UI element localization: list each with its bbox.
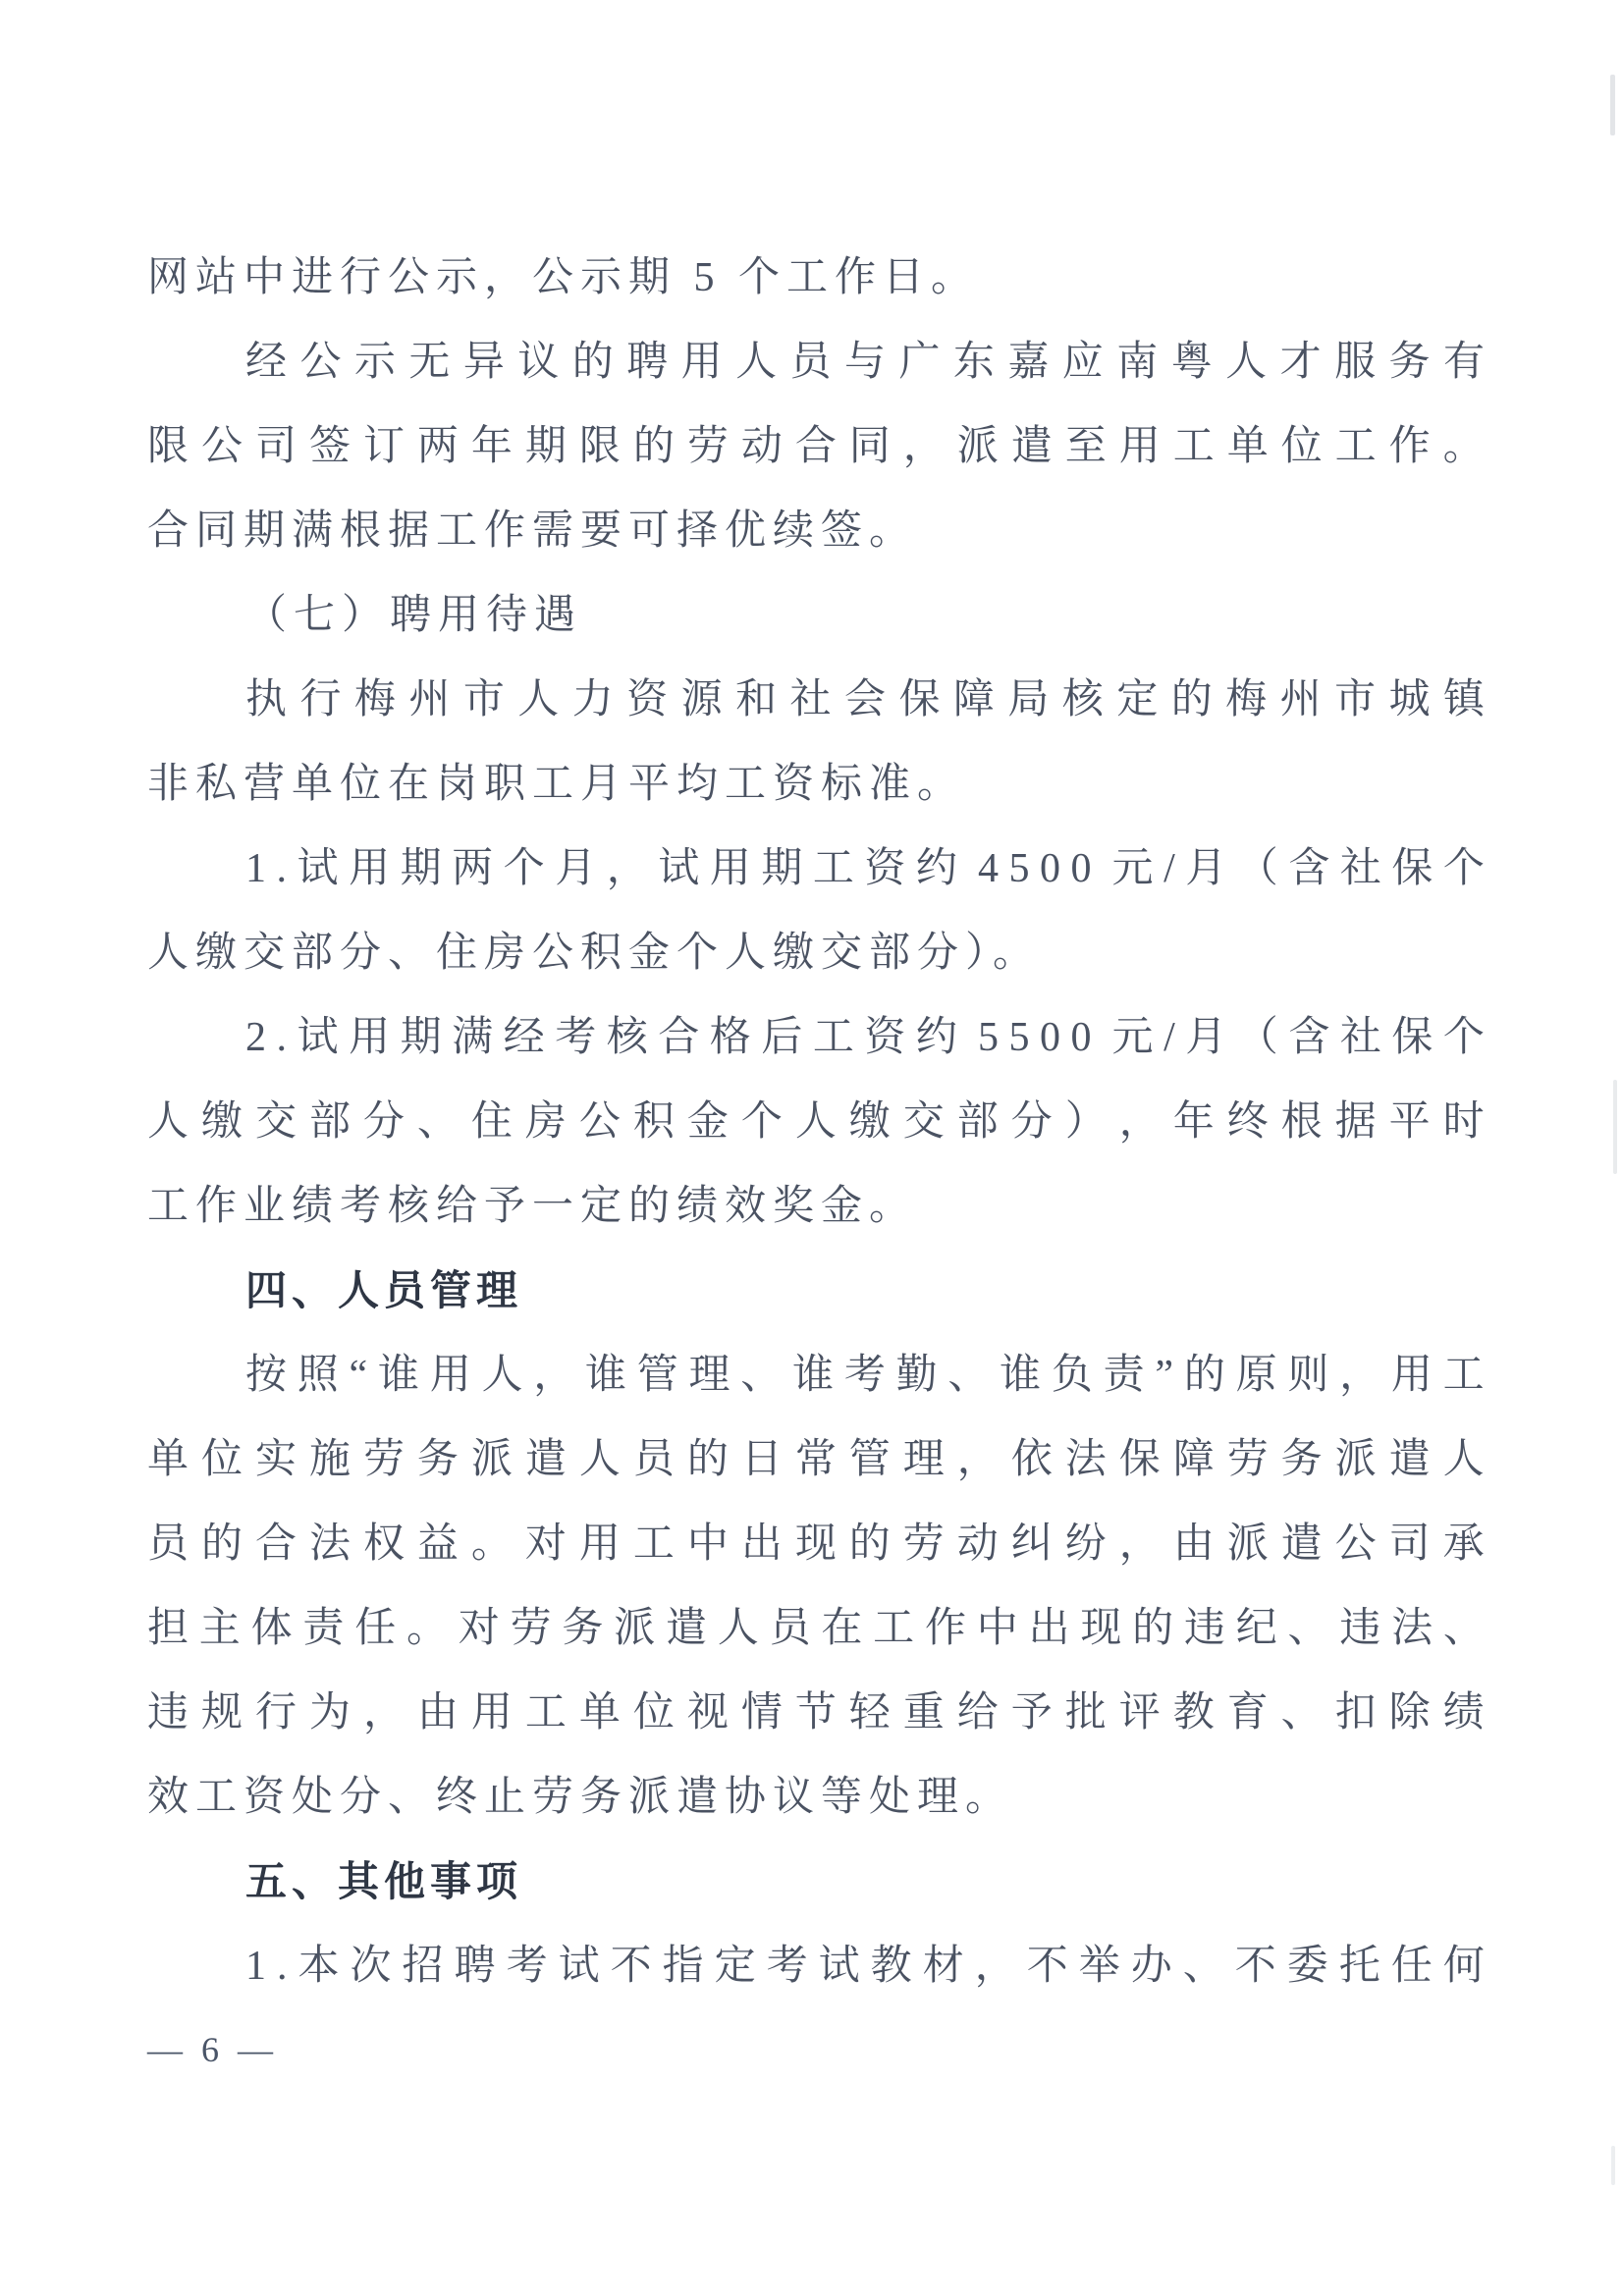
text-line: 经公示无异议的聘用人员与广东嘉应南粤人才服务有	[147, 320, 1485, 404]
scan-artifact	[1610, 75, 1615, 135]
text-line: 非私营单位在岗职工月平均工资标准。	[147, 742, 1485, 827]
text-line: 人缴交部分、住房公积金个人缴交部分）。	[147, 911, 1485, 995]
text-line: 按照“谁用人，谁管理、谁考勤、谁负责”的原则，用工	[147, 1333, 1485, 1417]
section-heading: 四、人员管理	[147, 1249, 1485, 1333]
page-number: — 6 —	[147, 2020, 278, 2079]
text-line: 担主体责任。对劳务派遣人员在工作中出现的违纪、违法、	[147, 1586, 1485, 1671]
text-line: 1.试用期两个月，试用期工资约 4500 元/月（含社保个	[147, 827, 1485, 911]
scan-artifact	[1611, 2146, 1615, 2185]
section-heading: 五、其他事项	[147, 1840, 1485, 1924]
text-line: 执行梅州市人力资源和社会保障局核定的梅州市城镇	[147, 658, 1485, 742]
text-line: 违规行为，由用工单位视情节轻重给予批评教育、扣除绩	[147, 1671, 1485, 1755]
text-line: 工作业绩考核给予一定的绩效奖金。	[147, 1164, 1485, 1249]
text-line: 单位实施劳务派遣人员的日常管理，依法保障劳务派遣人	[147, 1417, 1485, 1502]
text-line: 2.试用期满经考核合格后工资约 5500 元/月（含社保个	[147, 995, 1485, 1080]
document-page: 网站中进行公示，公示期 5 个工作日。经公示无异议的聘用人员与广东嘉应南粤人才服…	[0, 0, 1623, 2296]
scan-artifact	[1613, 1080, 1617, 1174]
text-line: （七）聘用待遇	[147, 573, 1485, 658]
text-line: 人缴交部分、住房公积金个人缴交部分），年终根据平时	[147, 1080, 1485, 1164]
text-line: 1.本次招聘考试不指定考试教材，不举办、不委托任何	[147, 1924, 1485, 2008]
text-block: 网站中进行公示，公示期 5 个工作日。经公示无异议的聘用人员与广东嘉应南粤人才服…	[147, 236, 1485, 2008]
text-line: 员的合法权益。对用工中出现的劳动纠纷，由派遣公司承	[147, 1502, 1485, 1586]
text-line: 限公司签订两年期限的劳动合同，派遣至用工单位工作。	[147, 404, 1485, 489]
text-line: 合同期满根据工作需要可择优续签。	[147, 489, 1485, 573]
text-line: 效工资处分、终止劳务派遣协议等处理。	[147, 1755, 1485, 1840]
text-line: 网站中进行公示，公示期 5 个工作日。	[147, 236, 1485, 320]
